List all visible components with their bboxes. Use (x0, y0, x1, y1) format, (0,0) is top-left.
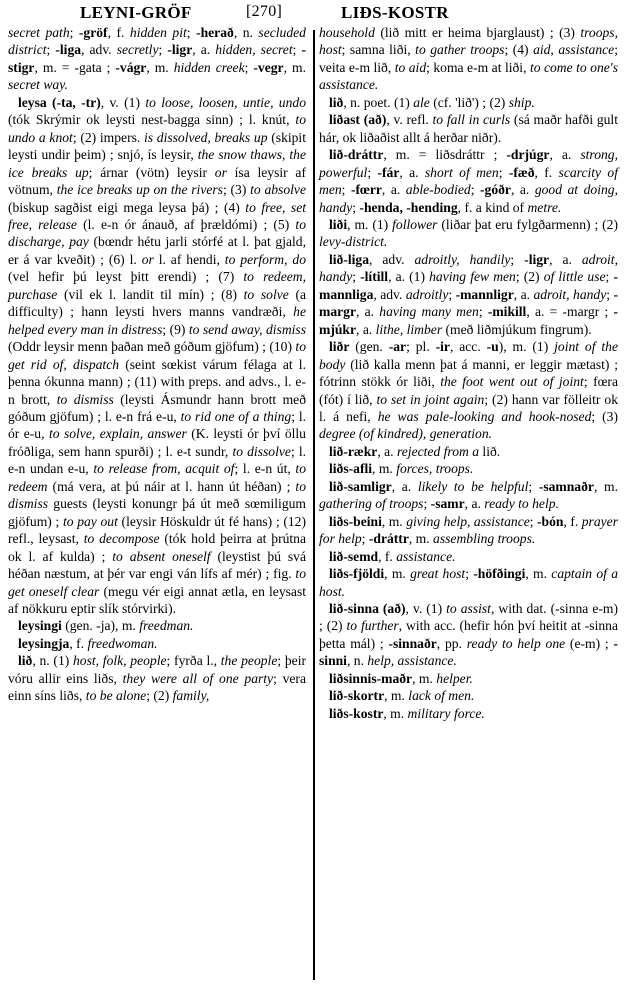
dictionary-entry: liðs-afli, m. forces, troops. (319, 460, 618, 477)
entry-text: ; (423, 496, 430, 511)
headword: -höfðingi (473, 566, 525, 581)
entry-text: , a. (511, 182, 535, 197)
headword: -u (487, 339, 499, 354)
headword: -ligr (167, 42, 192, 57)
headword: liðsinnis-maðr (329, 671, 412, 686)
headword: lið (329, 95, 343, 110)
definition: to aid (395, 60, 426, 75)
entry-text: , f. (378, 549, 396, 564)
entry-text: ), m. (1) (499, 339, 554, 354)
headword: -mikill (488, 304, 527, 319)
headword: liðs-beini (329, 514, 382, 529)
definition: to be alone (86, 688, 146, 703)
definition: freedwoman. (87, 636, 157, 651)
entry-text: , v. refl. (386, 112, 432, 127)
headword: lið (18, 653, 32, 668)
left-column: secret path; -gröf, f. hidden pit; -hera… (8, 24, 306, 705)
definition: likely to be helpful (418, 479, 529, 494)
entry-text: ; (530, 514, 537, 529)
entry-text: , f. (563, 514, 581, 529)
page-number: [270] (246, 3, 282, 21)
entry-text: ; (471, 182, 480, 197)
entry-text: , f. a kind of (458, 200, 528, 215)
entry-text: (e-m) ; (565, 636, 613, 651)
entry-text: , n. poet. (1) (343, 95, 413, 110)
headword: (að) (383, 601, 406, 616)
entry-text: , m. = liðsdráttr ; (383, 147, 506, 162)
definition: ale (413, 95, 430, 110)
entry-text: , a. (356, 322, 376, 337)
entry-text: ; l. e-n út, (234, 461, 295, 476)
entry-text: , a. (399, 165, 425, 180)
entry-text: , a. (192, 42, 215, 57)
entry-text: ; (528, 479, 538, 494)
entry-text: , m. (412, 671, 436, 686)
definition: aid, assistance (533, 42, 614, 57)
entry-text: , adv. (369, 252, 414, 267)
definition: lithe, limber (376, 322, 442, 337)
dictionary-entry: liðsinnis-maðr, m. helper. (319, 670, 618, 687)
entry-text: , pp. (437, 636, 467, 651)
entry-text: , a. (356, 304, 379, 319)
entry-text: ; (448, 287, 455, 302)
definition: to release from, acquit of (93, 461, 234, 476)
entry-text: , m. (409, 531, 433, 546)
headword: -ir (436, 339, 450, 354)
entry-text: , a. (514, 287, 534, 302)
headword: -lítill (360, 269, 388, 284)
headword: -mannligr (456, 287, 514, 302)
definition: to assist (446, 601, 491, 616)
headword: leysingja (18, 636, 69, 651)
entry-text: (l. e-n ór ánauð, af þrældómi) ; (5) (77, 217, 295, 232)
definition: adroit, handy (533, 287, 606, 302)
entry-text: (Oddr leysir menn þaðan með góðum gjöfum… (8, 339, 295, 354)
entry-text: ; (2) impers. (73, 130, 144, 145)
entry-text: , a. (377, 444, 397, 459)
definition: having few men (429, 269, 516, 284)
dictionary-entry: lið, n. (1) host, folk, people; fyrða l.… (8, 652, 306, 704)
headword: -gröf (79, 25, 108, 40)
entry-text: (liðar þat eru fylgðarmenn) ; (2) (437, 217, 618, 232)
entry-text: , adv. (373, 287, 405, 302)
entry-text: , a. (1) (388, 269, 429, 284)
definition: giving help, assistance (406, 514, 530, 529)
entry-text: ; (342, 182, 351, 197)
headword: (að) (364, 112, 387, 127)
headword: -herað (196, 25, 234, 40)
headword: -ar (389, 339, 406, 354)
entry-text: ; (362, 531, 369, 546)
headword: lið-skortr (329, 688, 384, 703)
definition: host, folk, people (73, 653, 167, 668)
entry-text: , m. (382, 514, 406, 529)
definition: assistance. (396, 549, 455, 564)
definition: having many men (379, 304, 479, 319)
headword: -fæð (509, 165, 535, 180)
definition: secretly (117, 42, 159, 57)
entry-text: (biskup sagðist eigi mega leysa þá) ; (4… (8, 200, 245, 215)
definition: to absolve (250, 182, 306, 197)
definition: the ice breaks up on the rivers (57, 182, 223, 197)
definition: to absent oneself (112, 549, 210, 564)
definition: to decompose (84, 531, 160, 546)
headword: -sinnaðr (388, 636, 436, 651)
headword: lið-rækr (329, 444, 377, 459)
definition: hidden, secret (215, 42, 292, 57)
headword: -ligr (524, 252, 549, 267)
headword: -samnaðr (539, 479, 594, 494)
entry-text: , n. (1) (32, 653, 73, 668)
entry-text: , a. (549, 252, 582, 267)
entry-text: (vil ek l. landit til mín) ; (8) (57, 287, 243, 302)
entry-text: ; (9) (162, 322, 188, 337)
entry-text: ; (3) (223, 182, 250, 197)
entry-text: , a. (392, 479, 418, 494)
entry-text: (cf. 'lið') ; (2) (430, 95, 509, 110)
definition: they were all of one party (123, 671, 273, 686)
definition: rejected from a (397, 444, 479, 459)
entry-text: ; (187, 25, 196, 40)
entry-text: , m. (525, 566, 551, 581)
headword: -fár (377, 165, 399, 180)
entry-text: , f. (69, 636, 87, 651)
definition: the people (221, 653, 278, 668)
entry-text: , n. (234, 25, 259, 40)
definition: to loose, loosen, untie, undo (145, 95, 306, 110)
dictionary-entry: leysingi (gen. -ja), m. freedman. (8, 617, 306, 634)
entry-text: , m. (384, 566, 410, 581)
definition: freedman. (139, 618, 193, 633)
definition: to dissolve (232, 444, 290, 459)
definition: of little use (544, 269, 606, 284)
left-running-head: LEYNI-GRÖF (80, 3, 192, 23)
entry-text: , m. (1) (347, 217, 392, 232)
entry-text: , a. (549, 147, 580, 162)
headword: liðs-afli (329, 461, 372, 476)
definition: to perform, do (225, 252, 306, 267)
entry-text: (lið mitt er heima bjarglaust) ; (3) (375, 25, 580, 40)
definition: to solve, explain, answer (49, 426, 187, 441)
dictionary-entry: lið-rækr, a. rejected from a lið. (319, 443, 618, 460)
entry-text: ; (510, 252, 524, 267)
headword: lið-dráttr (329, 147, 383, 162)
dictionary-entry: liðs-fjöldi, m. great host; -höfðingi, m… (319, 565, 618, 600)
entry-text: , m. (284, 60, 306, 75)
entry-text: , a. = -margr ; (526, 304, 613, 319)
definition: able-bodied (406, 182, 471, 197)
definition: short of men (425, 165, 499, 180)
definition: helper. (436, 671, 473, 686)
dictionary-entry: lið-skortr, m. lack of men. (319, 687, 618, 704)
headword: lið-liga (329, 252, 369, 267)
definition: metre. (527, 200, 561, 215)
entry-text: (með liðmjúkum fingrum). (442, 322, 592, 337)
definition: or (215, 165, 227, 180)
right-column: household (lið mitt er heima bjarglaust)… (319, 24, 618, 722)
definition: ship. (509, 95, 535, 110)
entry-text: , m. (594, 479, 618, 494)
entry-text: ; (158, 42, 167, 57)
dictionary-entry: leysa (-ta, -tr), v. (1) to loose, loose… (8, 94, 306, 618)
headword: leysa (18, 95, 47, 110)
definition: gathering of troops (319, 496, 423, 511)
definition: to gather troops (415, 42, 504, 57)
definition: family, (173, 688, 210, 703)
headword: liðr (329, 339, 349, 354)
entry-text: , f. (108, 25, 130, 40)
headword: -bón (537, 514, 563, 529)
headword: -vágr (115, 60, 146, 75)
entry-text: (tók Skrýmir ok leysti nest-bagga sinn) … (8, 112, 295, 127)
entry-text: ; (4) (504, 42, 533, 57)
entry-text: ; pl. (406, 339, 436, 354)
definition: to send away, dismiss (189, 322, 306, 337)
headword: lið-semd (329, 549, 378, 564)
headword: (-ta, -tr) (52, 95, 101, 110)
dictionary-entry: household (lið mitt er heima bjarglaust)… (319, 24, 618, 94)
headword: -liga (55, 42, 81, 57)
definition: lack of men. (408, 688, 474, 703)
definition: ready to help. (484, 496, 559, 511)
right-running-head: LIÐS-KOSTR (341, 3, 449, 23)
definition: follower (392, 217, 437, 232)
dictionary-entry: liðs-kostr, m. military force. (319, 705, 618, 722)
entry-text: (gen. -ja), m. (62, 618, 139, 633)
entry-text: (gen. (349, 339, 388, 354)
entry-text: l. af hendi, (154, 252, 225, 267)
entry-text: , m. (146, 60, 173, 75)
entry-text: ; (499, 165, 509, 180)
definition: secret way. (8, 77, 68, 92)
entry-text: , m. (372, 461, 396, 476)
headword: lið-samligr (329, 479, 392, 494)
entry-text: ; (2) (146, 688, 172, 703)
definition: assembling troops. (433, 531, 535, 546)
entry-text: , n. (347, 653, 367, 668)
dictionary-entry: lið-dráttr, m. = liðsdráttr ; -drjúgr, a… (319, 146, 618, 216)
dictionary-entry: lið-sinna (að), v. (1) to assist, with d… (319, 600, 618, 670)
entry-text: ; fyrða l., (167, 653, 221, 668)
definition: help, assistance. (367, 653, 456, 668)
entry-text: , adv. (81, 42, 117, 57)
headword: -samr (431, 496, 465, 511)
entry-text: (má vera, at þú náir at l. hann út héðan… (48, 479, 296, 494)
headword: lið-sinna (329, 601, 379, 616)
entry-text: ; samna liði, (342, 42, 416, 57)
headword: -henda, -hending (359, 200, 457, 215)
dictionary-entry: liðast (að), v. refl. to fall in curls (… (319, 111, 618, 146)
definition: the foot went out of joint (440, 374, 584, 389)
entry-text: , v. (1) (101, 95, 146, 110)
definition: is dissolved, breaks up (144, 130, 268, 145)
definition: to fall in curls (433, 112, 511, 127)
entry-text: , a. (382, 182, 406, 197)
entry-text: lið. (479, 444, 500, 459)
definition: degree (of kindred), generation. (319, 426, 492, 441)
dictionary-entry: leysingja, f. freedwoman. (8, 635, 306, 652)
headword: -dráttr (369, 531, 409, 546)
definition: or (142, 252, 154, 267)
dictionary-entry: liðs-beini, m. giving help, assistance; … (319, 513, 618, 548)
headword: -vegr (253, 60, 283, 75)
dictionary-entry: secret path; -gröf, f. hidden pit; -hera… (8, 24, 306, 94)
definition: great host (410, 566, 465, 581)
entry-text: ; (479, 304, 488, 319)
headword: leysingi (18, 618, 62, 633)
column-divider (313, 30, 315, 980)
entry-text: ; (70, 25, 79, 40)
entry-text: ; (3) (591, 409, 618, 424)
headword: -fœrr (351, 182, 382, 197)
definition: forces, troops. (396, 461, 473, 476)
definition: ready to help one (467, 636, 565, 651)
definition: adroitly (406, 287, 449, 302)
dictionary-entry: lið-samligr, a. likely to be helpful; -s… (319, 478, 618, 513)
definition: adroitly, handily (415, 252, 511, 267)
definition: to further (346, 618, 398, 633)
entry-text: , m. (384, 688, 408, 703)
definition: to rid one of a thing (181, 409, 292, 424)
headword: liði (329, 217, 347, 232)
headword: liðs-fjöldi (329, 566, 384, 581)
entry-text: ; (2) (516, 269, 544, 284)
definition: to pay out (63, 514, 118, 529)
headword: -drjúgr (506, 147, 549, 162)
headword: -góðr (480, 182, 511, 197)
entry-text: ; árnar (vötn) leysir (89, 165, 215, 180)
definition: hidden creek (174, 60, 245, 75)
entry-text: , acc. (450, 339, 487, 354)
entry-text: (vel hefir þú leyst þitt erendi) ; (7) (8, 269, 243, 284)
entry-text: ; koma e-m at liði, (426, 60, 530, 75)
definition: military force. (408, 706, 485, 721)
definition: to solve (244, 287, 289, 302)
dictionary-entry: liðr (gen. -ar; pl. -ir, acc. -u), m. (1… (319, 338, 618, 443)
definition: to set in joint again (376, 392, 484, 407)
entry-text: , f. (535, 165, 559, 180)
dictionary-entry: lið, n. poet. (1) ale (cf. 'lið') ; (2) … (319, 94, 618, 111)
entry-text: , m. (383, 706, 407, 721)
headword: liðs-kostr (329, 706, 383, 721)
definition: to dismiss (57, 392, 114, 407)
dictionary-entry: lið-semd, f. assistance. (319, 548, 618, 565)
headword: liðast (329, 112, 360, 127)
dictionary-entry: liði, m. (1) follower (liðar þat eru fyl… (319, 216, 618, 251)
entry-text: , a. (465, 496, 485, 511)
dictionary-entry: lið-liga, adv. adroitly, handily; -ligr,… (319, 251, 618, 338)
page-header: LEYNI-GRÖF [270] LIÐS-KOSTR (0, 0, 625, 24)
definition: secret path (8, 25, 70, 40)
entry-text: ; (367, 165, 377, 180)
definition: hidden pit (130, 25, 187, 40)
entry-text: ; (352, 269, 360, 284)
definition: he was pale-looking and hook-nosed (378, 409, 592, 424)
entry-text: , v. (1) (406, 601, 447, 616)
definition: household (319, 25, 375, 40)
definition: levy-district. (319, 234, 387, 249)
entry-text: , m. = -gata ; (34, 60, 115, 75)
